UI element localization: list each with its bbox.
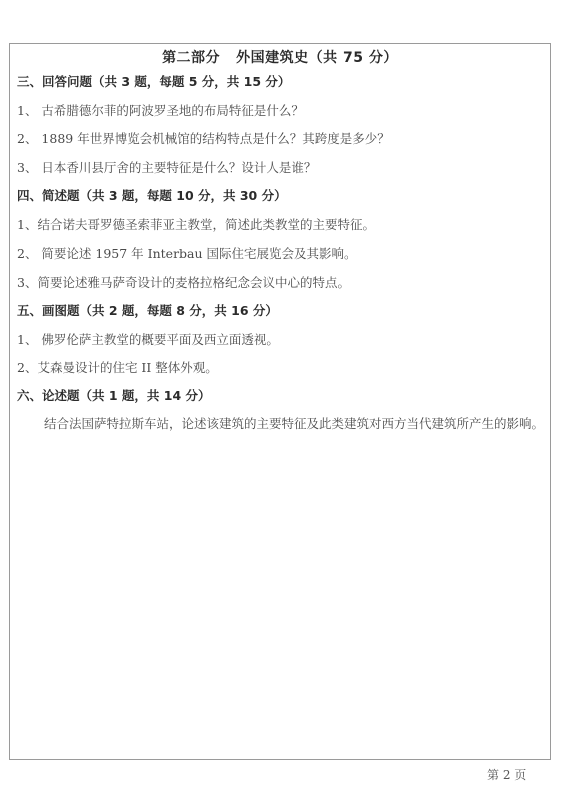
question-6-essay: 结合法国萨特拉斯车站，论述该建筑的主要特征及此类建筑对西方当代建筑所产生的影响。 — [44, 416, 544, 432]
question-5-1: 1、 佛罗伦萨主教堂的概要平面及西立面透视。 — [17, 332, 279, 348]
part-title: 第二部分 外国建筑史（共 75 分） — [9, 47, 551, 67]
question-3-2: 2、 1889 年世界博览会机械馆的结构特点是什么？其跨度是多少？ — [17, 131, 390, 147]
section-heading-5: 五、画图题（共 2 题，每题 8 分，共 16 分） — [17, 303, 278, 319]
question-4-3: 3、简要论述雅马萨奇设计的麦格拉格纪念会议中心的特点。 — [17, 275, 350, 291]
section-heading-3: 三、回答问题（共 3 题，每题 5 分，共 15 分） — [17, 74, 290, 90]
question-4-1: 1、结合诺夫哥罗德圣索菲亚主教堂，简述此类教堂的主要特征。 — [17, 217, 375, 233]
page-number: 第 2 页 — [487, 766, 526, 783]
question-3-1: 1、 古希腊德尔菲的阿波罗圣地的布局特征是什么？ — [17, 103, 304, 119]
section-heading-4: 四、简述题（共 3 题，每题 10 分，共 30 分） — [17, 188, 287, 204]
question-3-3: 3、 日本香川县厅舍的主要特征是什么？设计人是谁？ — [17, 160, 316, 176]
question-4-2: 2、 简要论述 1957 年 Interbau 国际住宅展览会及其影响。 — [17, 246, 357, 262]
question-5-2: 2、艾森曼设计的住宅 II 整体外观。 — [17, 360, 218, 376]
section-heading-6: 六、论述题（共 1 题，共 14 分） — [17, 388, 211, 404]
